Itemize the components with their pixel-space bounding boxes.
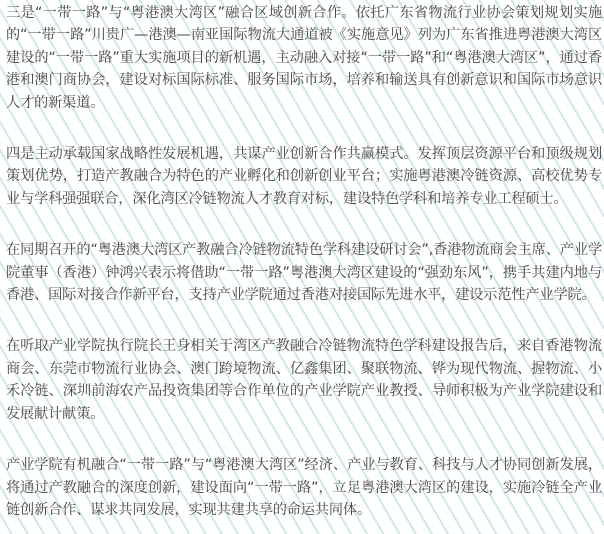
paragraph-conclusion: 产业学院有机融合“一带一路”与“粤港澳大湾区”经济、产业与教育、科技与人才协同创…	[6, 454, 602, 521]
paragraph-seminar-remarks: 在同期召开的“粤港澳大湾区产教融合冷链物流特色学科建设研讨会”,香港物流商会主席…	[6, 239, 602, 306]
article-body: 三是“一带一路”与“粤港澳大湾区”融合区域创新合作。依托广东省物流行业协会策划规…	[0, 0, 602, 521]
paragraph-spacer	[6, 210, 602, 239]
paragraph-strategic-opportunity: 四是主动承载国家战略性发展机遇，共谋产业创新合作共赢模式。发挥顶层资源平台和顶级…	[6, 143, 602, 210]
paragraph-partner-contributions: 在听取产业学院执行院长王身相关于湾区产教融合冷链物流特色学科建设报告后，来自香港…	[6, 335, 602, 425]
paragraph-spacer	[6, 425, 602, 454]
paragraph-spacer	[6, 114, 602, 143]
paragraph-spacer	[6, 306, 602, 335]
paragraph-belt-road-bay-area-cooperation: 三是“一带一路”与“粤港澳大湾区”融合区域创新合作。依托广东省物流行业协会策划规…	[6, 0, 602, 114]
